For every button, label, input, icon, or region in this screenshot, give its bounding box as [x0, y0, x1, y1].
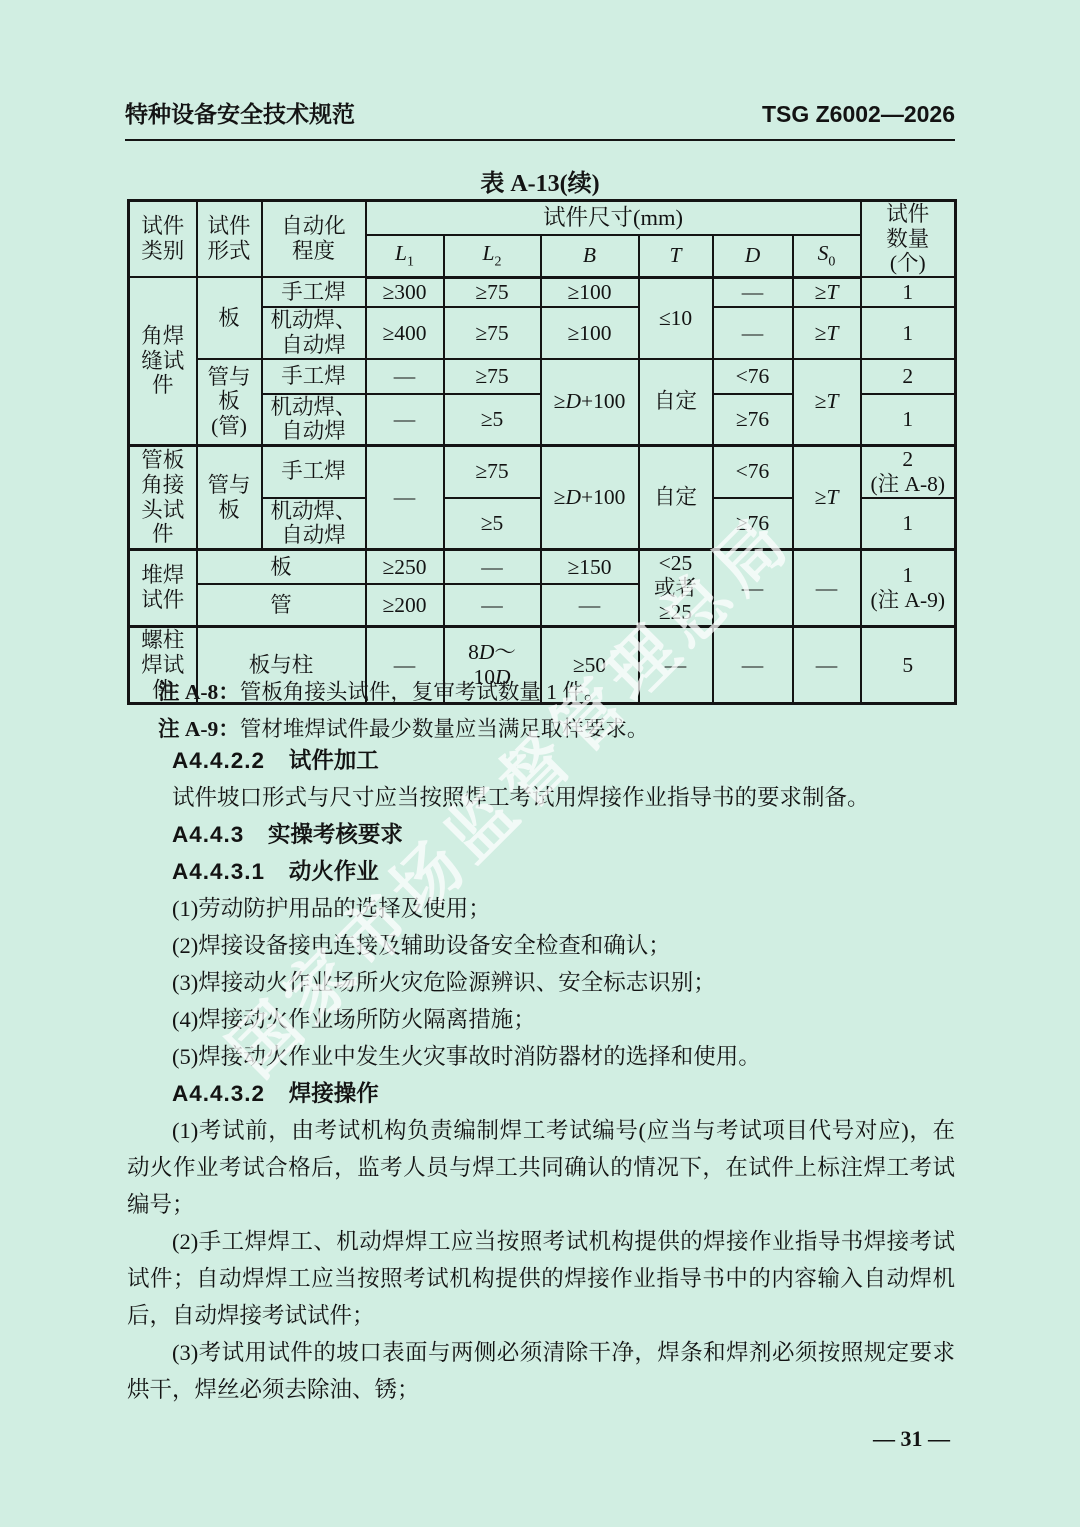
table-cell: ≥75	[444, 307, 541, 358]
specimen-table: 试件 类别 试件 形式 自动化 程度 试件尺寸(mm) 试件 数量 (个) L1…	[127, 199, 957, 705]
table-cell: —	[444, 549, 541, 583]
table-cell: ≥300	[366, 277, 444, 307]
specimen-table-wrapper: 试件 类别 试件 形式 自动化 程度 试件尺寸(mm) 试件 数量 (个) L1…	[127, 199, 957, 705]
table-cell: ≥75	[444, 277, 541, 307]
paragraph: (4)焊接动火作业场所防火隔离措施；	[127, 1001, 955, 1038]
paragraph: (1)考试前，由考试机构负责编制焊工考试编号(应当与考试项目代号对应)，在动火作…	[127, 1112, 955, 1223]
table-title: 表 A-13(续)	[0, 163, 1080, 198]
col-header-dim: B	[541, 235, 639, 278]
section-title: 试件加工	[289, 748, 379, 773]
paragraph: (1)劳动防护用品的选择及使用；	[127, 890, 955, 927]
header-rule	[125, 139, 955, 141]
paragraph: (5)焊接动火作业中发生火灾事故时消防器材的选择和使用。	[127, 1038, 955, 1075]
table-cell: 1	[861, 307, 956, 358]
col-header-dim: S0	[793, 235, 861, 278]
table-cell: ≥D+100	[541, 446, 639, 550]
table-row: 堆焊试件板≥250—≥150<25或者≥25——1(注 A-9)	[129, 549, 956, 583]
table-row: 管与板(管)手工焊—≥75≥D+100自定<76≥T2	[129, 359, 956, 394]
section-title: 动火作业	[289, 859, 379, 884]
paragraph: (2)手工焊焊工、机动焊焊工应当按照考试机构提供的焊接作业指导书焊接考试试件；自…	[127, 1223, 955, 1334]
table-cell: 管板角接头试件	[129, 446, 197, 550]
table-cell: 1(注 A-9)	[861, 549, 956, 626]
table-cell: 自定	[639, 359, 713, 446]
section-title: 焊接操作	[289, 1081, 379, 1106]
table-cell: 管与板	[197, 446, 262, 550]
table-cell: 自定	[639, 446, 713, 550]
table-cell: ≥100	[541, 307, 639, 358]
table-cell: ≥T	[793, 359, 861, 446]
table-cell: ≥200	[366, 584, 444, 627]
table-cell: <76	[713, 359, 793, 394]
table-cell: 机动焊、自动焊	[262, 498, 366, 550]
section-heading: A4.4.3实操考核要求	[127, 816, 955, 853]
section-heading: A4.4.3.1动火作业	[127, 853, 955, 890]
table-cell: —	[366, 394, 444, 446]
table-cell: ≥T	[793, 277, 861, 307]
col-header-dim: L2	[444, 235, 541, 278]
paragraph: (3)焊接动火作业场所火灾危险源辨识、安全标志识别；	[127, 964, 955, 1001]
document-page: 特种设备安全技术规范 TSG Z6002—2026 表 A-13(续) 试件 类…	[0, 0, 1080, 1527]
table-notes: 注 A-8：管板角接头试件，复审考试数量 1 件。注 A-9：管材堆焊试件最少数…	[158, 674, 953, 748]
note-line: 注 A-8：管板角接头试件，复审考试数量 1 件。	[158, 674, 953, 711]
table-cell: —	[366, 359, 444, 394]
table-cell: ≥T	[793, 446, 861, 550]
table-cell: <25或者≥25	[639, 549, 713, 626]
table-cell: 手工焊	[262, 359, 366, 394]
header-right-code: TSG Z6002—2026	[762, 102, 955, 127]
running-header: 特种设备安全技术规范 TSG Z6002—2026	[125, 102, 955, 127]
col-header-count: 试件 数量 (个)	[861, 201, 956, 278]
section-number: A4.4.3.2	[172, 1081, 265, 1106]
table-cell: 1	[861, 394, 956, 446]
col-header-form: 试件 形式	[197, 201, 262, 278]
body-text: A4.4.2.2试件加工试件坡口形式与尺寸应当按照焊工考试用焊接作业指导书的要求…	[127, 742, 955, 1408]
table-cell: ≥75	[444, 446, 541, 498]
table-cell: 板	[197, 277, 262, 358]
table-cell: ≥76	[713, 498, 793, 550]
table-cell: —	[713, 277, 793, 307]
paragraph: (2)焊接设备接电连接及辅助设备安全检查和确认；	[127, 927, 955, 964]
section-number: A4.4.2.2	[172, 748, 265, 773]
table-cell: ≥400	[366, 307, 444, 358]
page-number: — 31 —	[873, 1426, 950, 1452]
table-cell: 机动焊、自动焊	[262, 394, 366, 446]
header-left-title: 特种设备安全技术规范	[125, 102, 355, 127]
col-header-dim: L1	[366, 235, 444, 278]
col-header-automation: 自动化 程度	[262, 201, 366, 278]
table-cell: 1	[861, 498, 956, 550]
table-cell: 板	[197, 549, 366, 583]
section-title: 实操考核要求	[268, 822, 403, 847]
table-cell: <76	[713, 446, 793, 498]
col-header-size-group: 试件尺寸(mm)	[366, 201, 861, 235]
note-text: 管板角接头试件，复审考试数量 1 件。	[240, 680, 606, 704]
table-cell: 角焊缝试件	[129, 277, 197, 445]
table-cell: ≥250	[366, 549, 444, 583]
table-cell: ≥100	[541, 277, 639, 307]
table-cell: —	[541, 584, 639, 627]
table-cell: —	[713, 307, 793, 358]
table-cell: 2	[861, 359, 956, 394]
table-cell: 堆焊试件	[129, 549, 197, 626]
col-header-category: 试件 类别	[129, 201, 197, 278]
table-cell: —	[793, 549, 861, 626]
table-cell: ≥5	[444, 394, 541, 446]
note-label: 注 A-8：	[158, 680, 240, 704]
note-label: 注 A-9：	[158, 717, 240, 741]
table-cell: 手工焊	[262, 277, 366, 307]
col-header-dim: T	[639, 235, 713, 278]
section-number: A4.4.3	[172, 822, 244, 847]
col-header-dim: D	[713, 235, 793, 278]
table-cell: 1	[861, 277, 956, 307]
table-cell: —	[366, 446, 444, 550]
section-number: A4.4.3.1	[172, 859, 265, 884]
table-cell: 手工焊	[262, 446, 366, 498]
table-cell: ≥T	[793, 307, 861, 358]
table-cell: ≥5	[444, 498, 541, 550]
table-cell: ≥150	[541, 549, 639, 583]
table-cell: ≥76	[713, 394, 793, 446]
note-text: 管材堆焊试件最少数量应当满足取样要求。	[240, 717, 649, 741]
section-heading: A4.4.3.2焊接操作	[127, 1075, 955, 1112]
paragraph: (3)考试用试件的坡口表面与两侧必须清除干净，焊条和焊剂必须按照规定要求烘干，焊…	[127, 1334, 955, 1408]
section-heading: A4.4.2.2试件加工	[127, 742, 955, 779]
table-row: 管板角接头试件管与板手工焊—≥75≥D+100自定<76≥T2(注 A-8)	[129, 446, 956, 498]
table-cell: 机动焊、自动焊	[262, 307, 366, 358]
table-cell: ≤10	[639, 277, 713, 358]
table-cell: 2(注 A-8)	[861, 446, 956, 498]
table-row: 角焊缝试件板手工焊≥300≥75≥100≤10—≥T1	[129, 277, 956, 307]
paragraph: 试件坡口形式与尺寸应当按照焊工考试用焊接作业指导书的要求制备。	[127, 779, 955, 816]
table-cell: —	[444, 584, 541, 627]
table-cell: 管	[197, 584, 366, 627]
table-cell: —	[713, 549, 793, 626]
table-cell: 管与板(管)	[197, 359, 262, 446]
table-cell: ≥75	[444, 359, 541, 394]
table-cell: ≥D+100	[541, 359, 639, 446]
